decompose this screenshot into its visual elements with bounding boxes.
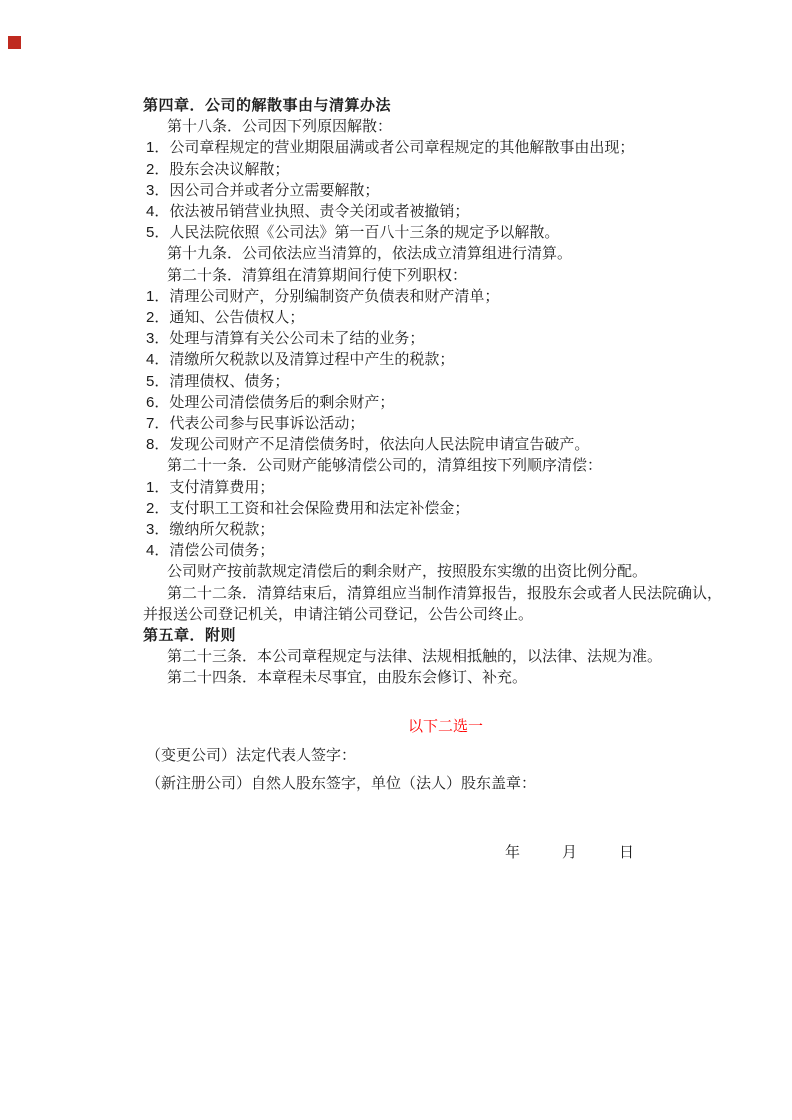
doc-line: 3．缴纳所欠税款； <box>143 519 743 540</box>
date-year-label: 年 <box>505 841 520 862</box>
doc-line: 2．支付职工工资和社会保险费用和法定补偿金； <box>143 498 743 519</box>
doc-line: 7．代表公司参与民事诉讼活动； <box>143 413 743 434</box>
red-marker-icon <box>8 36 21 49</box>
doc-line: 1．支付清算费用； <box>143 477 743 498</box>
notice-choose-one: 以下二选一 <box>408 715 483 736</box>
doc-line: 5．清理债权、债务； <box>143 371 743 392</box>
doc-line: 3．因公司合并或者分立需要解散； <box>143 180 743 201</box>
doc-line: 2．通知、公告债权人； <box>143 307 743 328</box>
signature-line-shareholders: （新注册公司）自然人股东签字，单位（法人）股东盖章： <box>146 770 536 798</box>
doc-line: 第二十二条．清算结束后，清算组应当制作清算报告，报股东会或者人民法院确认， <box>143 583 743 604</box>
date-day-label: 日 <box>619 841 634 862</box>
doc-line: 4．依法被吊销营业执照、责令关闭或者被撤销； <box>143 201 743 222</box>
doc-line: 4．清缴所欠税款以及清算过程中产生的税款； <box>143 349 743 370</box>
date-line: 年 月 日 <box>505 841 634 862</box>
document-body: 第四章．公司的解散事由与清算办法第十八条．公司因下列原因解散：1．公司章程规定的… <box>143 95 743 689</box>
doc-line: 第十八条．公司因下列原因解散： <box>143 116 743 137</box>
doc-line: 1．清理公司财产，分别编制资产负债表和财产清单； <box>143 286 743 307</box>
doc-line: 第五章．附则 <box>143 625 743 646</box>
doc-line: 3．处理与清算有关公公司未了结的业务； <box>143 328 743 349</box>
doc-line: 4．清偿公司债务； <box>143 540 743 561</box>
date-month-label: 月 <box>562 841 577 862</box>
doc-line: 并报送公司登记机关，申请注销公司登记，公告公司终止。 <box>143 604 743 625</box>
doc-line: 第二十一条．公司财产能够清偿公司的，清算组按下列顺序清偿： <box>143 455 743 476</box>
doc-line: 第十九条．公司依法应当清算的，依法成立清算组进行清算。 <box>143 243 743 264</box>
doc-line: 第二十四条．本章程未尽事宜，由股东会修订、补充。 <box>143 667 743 688</box>
signature-block: （变更公司）法定代表人签字： （新注册公司）自然人股东签字，单位（法人）股东盖章… <box>146 742 536 798</box>
doc-line: 第二十条．清算组在清算期间行使下列职权： <box>143 265 743 286</box>
signature-line-legal-representative: （变更公司）法定代表人签字： <box>146 742 536 770</box>
doc-line: 8．发现公司财产不足清偿债务时，依法向人民法院申请宣告破产。 <box>143 434 743 455</box>
doc-line: 5．人民法院依照《公司法》第一百八十三条的规定予以解散。 <box>143 222 743 243</box>
doc-line: 6．处理公司清偿债务后的剩余财产； <box>143 392 743 413</box>
doc-line: 2．股东会决议解散； <box>143 159 743 180</box>
doc-line: 第四章．公司的解散事由与清算办法 <box>143 95 743 116</box>
doc-line: 公司财产按前款规定清偿后的剩余财产，按照股东实缴的出资比例分配。 <box>143 561 743 582</box>
document-page: 第四章．公司的解散事由与清算办法第十八条．公司因下列原因解散：1．公司章程规定的… <box>0 0 792 1120</box>
doc-line: 第二十三条．本公司章程规定与法律、法规相抵触的，以法律、法规为准。 <box>143 646 743 667</box>
doc-line: 1．公司章程规定的营业期限届满或者公司章程规定的其他解散事由出现； <box>143 137 743 158</box>
